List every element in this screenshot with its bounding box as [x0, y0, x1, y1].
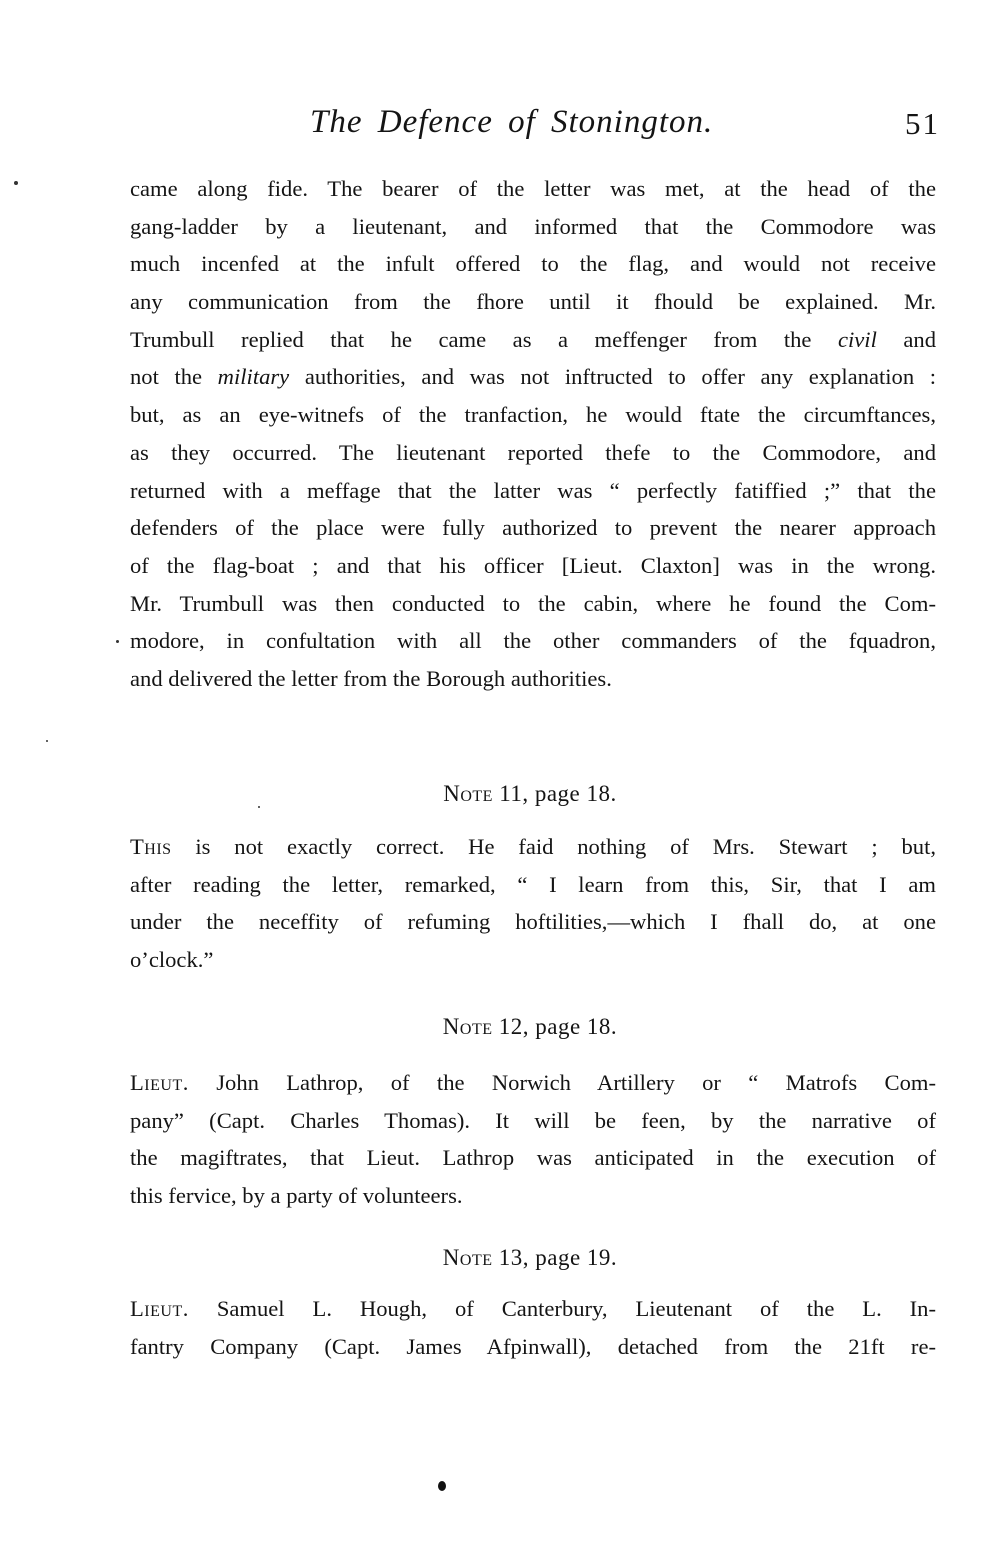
text-line: the magiftrates, that Lieut. Lathrop was… — [130, 1139, 936, 1177]
running-title: The Defence of Stonington. — [310, 104, 713, 141]
page-footer-mark — [438, 1481, 446, 1491]
scan-speck — [258, 806, 260, 808]
text-line: This is not exactly correct. He faid not… — [130, 828, 936, 866]
text-line: much incenfed at the infult offered to t… — [130, 245, 936, 283]
text-segment: authorities, and was not inftructed to o… — [289, 364, 936, 389]
text-line: after reading the letter, remarked, “ I … — [130, 866, 936, 904]
text-line: defenders of the place were fully author… — [130, 509, 936, 547]
continuation-paragraph: came along fide. The bearer of the lette… — [130, 170, 936, 698]
lead-word: Lieut. — [130, 1070, 189, 1095]
text-segment: and — [877, 327, 936, 352]
heading-label: Note — [443, 1014, 493, 1039]
text-line: of the flag-boat ; and that his officer … — [130, 547, 936, 585]
note-11-body: This is not exactly correct. He faid not… — [130, 828, 936, 979]
heading-label: Note — [443, 1245, 493, 1270]
text-line: o’clock.” — [130, 941, 936, 979]
note-11-heading: Note 11, page 18. — [0, 781, 1000, 807]
text-line: any communication from the fhore until i… — [130, 283, 936, 321]
running-head: The Defence of Stonington. 51 — [310, 104, 940, 154]
scan-speck — [14, 181, 18, 185]
text-segment: John Lathrop, of the Norwich Artillery o… — [189, 1070, 936, 1095]
heading-ref: 13, page 19. — [493, 1245, 618, 1270]
text-line: fantry Company (Capt. James Afpinwall), … — [130, 1328, 936, 1366]
text-line: Mr. Trumbull was then conducted to the c… — [130, 585, 936, 623]
lead-word: Lieut. — [130, 1296, 189, 1321]
text-line: as they occurred. The lieutenant reporte… — [130, 434, 936, 472]
text-segment: not the — [130, 364, 218, 389]
italic-word: civil — [838, 327, 877, 352]
heading-label: Note — [443, 781, 493, 806]
text-segment: Trumbull replied that he came as a meffe… — [130, 327, 838, 352]
text-line: came along fide. The bearer of the lette… — [130, 170, 936, 208]
text-line: Lieut. John Lathrop, of the Norwich Arti… — [130, 1064, 936, 1102]
text-line: returned with a meffage that the latter … — [130, 472, 936, 510]
text-line: not the military authorities, and was no… — [130, 358, 936, 396]
note-13-heading: Note 13, page 19. — [0, 1245, 1000, 1271]
text-line: but, as an eye-witnefs of the tranfactio… — [130, 396, 936, 434]
text-line: Lieut. Samuel L. Hough, of Canterbury, L… — [130, 1290, 936, 1328]
text-segment: Samuel L. Hough, of Canterbury, Lieutena… — [189, 1296, 936, 1321]
note-12-body: Lieut. John Lathrop, of the Norwich Arti… — [130, 1064, 936, 1215]
scan-speck — [46, 740, 48, 742]
text-line: under the neceffity of refuming hoftilit… — [130, 903, 936, 941]
text-segment: is not exactly correct. He faid nothing … — [172, 834, 936, 859]
note-13-body: Lieut. Samuel L. Hough, of Canterbury, L… — [130, 1290, 936, 1365]
italic-word: military — [218, 364, 290, 389]
text-line: Trumbull replied that he came as a meffe… — [130, 321, 936, 359]
text-line: gang-ladder by a lieutenant, and informe… — [130, 208, 936, 246]
book-page: The Defence of Stonington. 51 came along… — [0, 0, 1000, 1555]
lead-word: This — [130, 834, 172, 859]
page-number: 51 — [905, 106, 940, 142]
text-line: pany” (Capt. Charles Thomas). It will be… — [130, 1102, 936, 1140]
text-line: modore, in confultation with all the oth… — [130, 622, 936, 660]
text-line: and delivered the letter from the Boroug… — [130, 660, 936, 698]
text-line: this fervice, by a party of volunteers. — [130, 1177, 936, 1215]
heading-ref: 11, page 18. — [493, 781, 617, 806]
scan-speck — [116, 640, 119, 643]
note-12-heading: Note 12, page 18. — [0, 1014, 1000, 1040]
heading-ref: 12, page 18. — [493, 1014, 618, 1039]
